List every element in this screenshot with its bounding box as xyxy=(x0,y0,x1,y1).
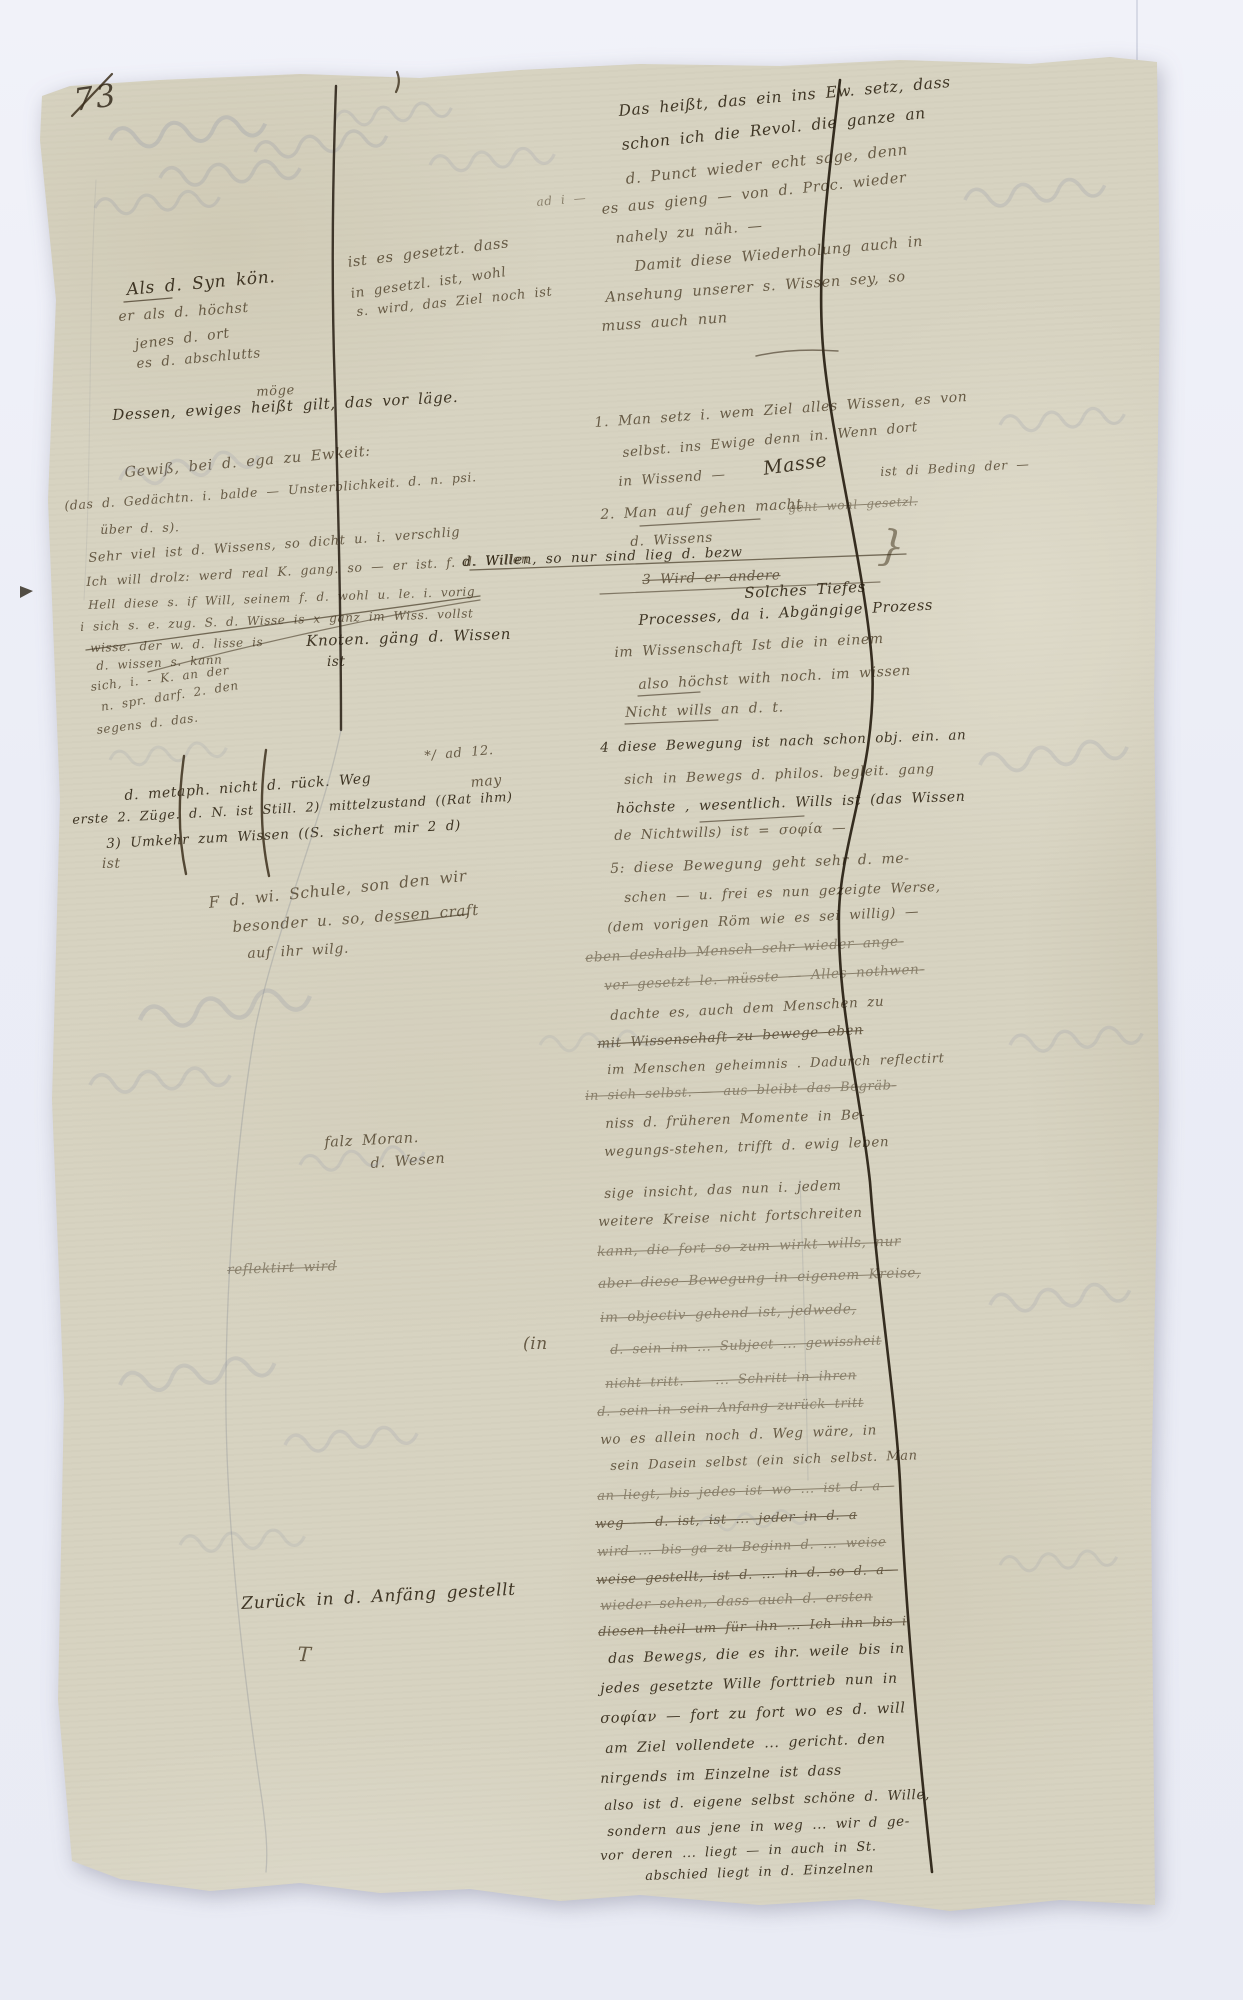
manuscript-line: sondern aus jene in weg ... wir d ge- xyxy=(607,1815,910,1839)
manuscript-line: im objectiv gehend ist, jedwede, xyxy=(600,1303,857,1325)
manuscript-line: nicht tritt. — ... Schritt in ihren xyxy=(605,1369,857,1391)
right-column: Das heißt, das ein ins Ew. setz, dasssch… xyxy=(0,0,1243,2000)
manuscript-line: schen — u. frei es nun gezeigte Werse, xyxy=(624,881,941,906)
manuscript-line: höchste , wesentlich. Wills ist (das Wis… xyxy=(616,790,966,816)
manuscript-line: sich in Bewegs d. philos. begleit. gang xyxy=(624,763,935,787)
manuscript-line: an liegt, bis jedes ist wo ... ist d. a— xyxy=(597,1480,895,1503)
manuscript-line: im Menschen geheimnis . Dadurch reflecti… xyxy=(607,1052,945,1077)
manuscript-line: weg — d. ist, ist ... jeder in d. a xyxy=(595,1509,857,1531)
manuscript-line: Processes, da i. Abgängige Prozess xyxy=(638,599,933,629)
manuscript-line: Solches Tiefes xyxy=(744,580,866,601)
manuscript-line: kann, die fort so zum wirkt wills, nur xyxy=(597,1235,901,1259)
manuscript-line: wird ... bis ga zu Beginn d. ... weise xyxy=(597,1536,886,1559)
manuscript-line: ver gesetzt le. müsste — Alles nothwen- xyxy=(604,963,925,993)
manuscript-line: } xyxy=(876,524,907,568)
manuscript-line: eben deshalb Mensch sehr wieder ange- xyxy=(585,935,904,965)
manuscript-line: Masse xyxy=(762,451,829,479)
manuscript-line: geht wohl gesetzl. xyxy=(788,495,918,514)
manuscript-line: ist di Beding der — xyxy=(880,458,1030,478)
manuscript-line: sein Dasein selbst (ein sich selbst. Man xyxy=(610,1449,918,1473)
manuscript-line: σοφίαν — fort zu fort wo es d. will xyxy=(600,1701,906,1726)
manuscript-line: niss d. früheren Momente in Be- xyxy=(605,1109,865,1132)
manuscript-line: jedes gesetzte Wille forttrieb nun in xyxy=(600,1672,898,1696)
manuscript-line: weise gestellt, ist d. ... in d. so d. a… xyxy=(596,1563,898,1587)
manuscript-line: d. Willen, so nur sind lieg d. bezw xyxy=(462,546,743,569)
manuscript-line: abschied liegt in d. Einzelnen xyxy=(645,1862,874,1883)
manuscript-line: am Ziel vollendete ... gericht. den xyxy=(605,1732,886,1756)
manuscript-line: aber diese Bewegung in eigenem Kreise, xyxy=(598,1267,921,1292)
manuscript-line: wieder sehen, dass auch d. ersten xyxy=(600,1590,873,1613)
manuscript-line: de Nichtwills) ist = σοφία — xyxy=(614,822,846,844)
manuscript-line: 4 diese Bewegung ist nach schon obj. ein… xyxy=(600,729,967,755)
manuscript-line: Nicht wills an d. t. xyxy=(625,700,784,720)
manuscript-line: vor deren ... liegt — in auch in St. xyxy=(600,1840,877,1863)
manuscript-line: d. sein im ... Subject ... gewissheit xyxy=(610,1335,882,1357)
manuscript-line: weitere Kreise nicht fortschreiten xyxy=(598,1207,863,1230)
manuscript-line: in sich selbst. — aus bleibt das Begräb- xyxy=(585,1079,897,1103)
manuscript-line: dachte es, auch dem Menschen zu xyxy=(610,996,885,1024)
manuscript-line: d. sein in sein Anfang zurück tritt xyxy=(597,1397,864,1419)
scan-background: 73 Als d. Syn kön.ist es gesetzt. dasser… xyxy=(0,0,1243,2000)
manuscript-line: sige insicht, das nun i. jedem xyxy=(604,1180,842,1202)
manuscript-line: also ist d. eigene selbst schöne d. Will… xyxy=(604,1789,930,1814)
manuscript-line: wegungs-stehen, trifft d. ewig leben xyxy=(604,1136,889,1159)
manuscript-line: das Bewegs, die es ihr. weile bis in xyxy=(608,1642,905,1666)
manuscript-line: also höchst with noch. im wissen xyxy=(638,664,911,692)
manuscript-line: selbst. ins Ewige denn in. Wenn dort xyxy=(622,421,918,460)
manuscript-line: Ansehung unserer s. Wissen sey, so xyxy=(605,270,906,305)
manuscript-line: nirgends im Einzelne ist dass xyxy=(600,1764,842,1786)
manuscript-line: mit Wissenschaft zu bewege eben xyxy=(597,1024,864,1051)
manuscript-line: nahely zu näh. — xyxy=(615,219,763,246)
manuscript-line: 5: diese Bewegung geht sehr d. me- xyxy=(610,852,910,876)
manuscript-line: muss auch nun xyxy=(601,311,728,334)
manuscript-line: wo es allein noch d. Weg wäre, in xyxy=(600,1424,877,1447)
manuscript-line: (dem vorigen Röm wie es sei willig) — xyxy=(607,906,919,936)
manuscript-line: im Wissenschaft Ist die in einem xyxy=(614,632,884,660)
manuscript-line: diesen theil um für ihn ... Ich ihn bis … xyxy=(598,1615,907,1639)
manuscript-line: 2. Man auf gehen macht xyxy=(600,497,803,522)
manuscript-line: in Wissend — xyxy=(618,469,726,490)
